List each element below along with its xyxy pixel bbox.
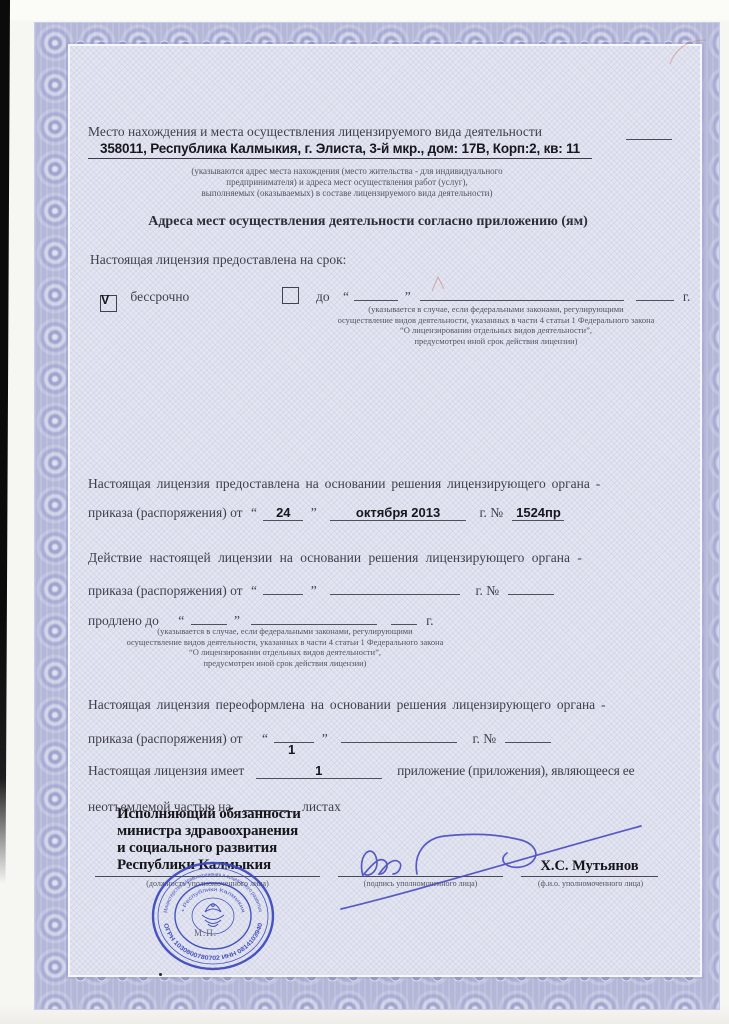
until-label: до <box>316 289 330 304</box>
term-note: (указывается в случае, если федеральными… <box>320 304 672 346</box>
location-row: Место нахождения и места осуществления л… <box>88 124 672 140</box>
term-note-line: осуществление видов деятельности, указан… <box>320 315 672 326</box>
reissued-order-row: приказа (распоряжения) от “ ” г. № <box>88 727 551 747</box>
granted-number-blank: 1524пр <box>512 505 564 521</box>
reissued-number-blank <box>505 727 551 743</box>
attachments-count-blank: 1 <box>256 763 382 779</box>
checkbox-check-mark: V <box>101 293 116 308</box>
order-prefix: приказа (распоряжения) от <box>88 731 243 746</box>
signature-letters <box>362 851 401 876</box>
ink-speck <box>159 973 162 976</box>
indefinite-checkbox: V <box>100 295 117 312</box>
granted-month-year-value: октября 2013 <box>330 505 466 520</box>
location-blank-line <box>626 125 672 140</box>
open-quote: “ <box>262 731 268 746</box>
address-value: 358011, Республика Калмыкия, г. Элиста, … <box>100 141 580 156</box>
kalmykia-emblem <box>202 904 224 927</box>
certificate-content: Место нахождения и места осуществления л… <box>0 0 729 1024</box>
granted-line1: Настоящая лицензия предоставлена на осно… <box>88 476 600 492</box>
address-note: (указываются адрес места нахождения (мес… <box>120 166 574 199</box>
handwritten-signature <box>333 812 653 922</box>
close-quote: ” <box>311 583 317 598</box>
validity-note-line: “О лицензировании отдельных видов деятел… <box>110 647 460 658</box>
granted-order-row: приказа (распоряжения) от “ 24 ” октября… <box>88 505 564 521</box>
red-pen-artifact <box>430 274 448 294</box>
stamp-outer-ring <box>153 863 273 969</box>
validity-note-line: осуществление видов деятельности, указан… <box>110 637 460 648</box>
location-label: Место нахождения и места осуществления л… <box>88 124 542 140</box>
seal-place-mark: М.П. <box>194 928 217 938</box>
order-prefix: приказа (распоряжения) от <box>88 583 243 598</box>
attachments-count-value: 1 <box>256 763 382 778</box>
addresses-heading: Адреса мест осуществления деятельности с… <box>88 214 648 230</box>
stray-digit: 1 <box>288 742 295 758</box>
prolonged-month-blank <box>251 609 377 625</box>
granted-month-blank: октября 2013 <box>330 505 466 521</box>
until-year-blank <box>636 285 674 301</box>
term-note-line: предусмотрен иной срок действия лицензии… <box>320 336 672 347</box>
address-value-row: 358011, Республика Калмыкия, г. Элиста, … <box>88 141 592 159</box>
open-quote: “ <box>251 505 257 520</box>
attachments-prefix: Настоящая лицензия имеет <box>88 763 244 778</box>
open-quote: “ <box>343 289 349 304</box>
validity-order-row: приказа (распоряжения) от “ ” г. № <box>88 579 554 599</box>
validity-note-line: (указывается в случае, если федеральными… <box>110 626 460 637</box>
reissued-number-label: г. № <box>472 731 496 746</box>
until-month-blank <box>420 285 624 301</box>
term-note-line: (указывается в случае, если федеральными… <box>320 304 672 315</box>
until-year-suffix: г. <box>683 289 690 304</box>
granted-day-blank: 24 <box>263 505 303 521</box>
reissued-day-blank <box>274 727 314 743</box>
until-day-blank <box>354 285 398 301</box>
close-quote: ” <box>311 505 317 520</box>
validity-note-line: предусмотрен иной срок действия лицензии… <box>110 658 460 669</box>
signer-position-line: Исполняющий обязанности <box>117 806 301 823</box>
signer-position-line: и социального развития <box>117 840 301 857</box>
granted-day-value: 24 <box>263 505 303 520</box>
attachments-suffix: приложение (приложения), являющееся ее <box>397 763 634 778</box>
granted-number-value: 1524пр <box>512 505 564 520</box>
validity-month-blank <box>330 579 460 595</box>
close-quote: ” <box>405 289 411 304</box>
term-label: Настоящая лицензия предоставлена на срок… <box>90 252 346 268</box>
prolonged-day-blank <box>191 609 227 625</box>
reissued-month-blank <box>341 727 457 743</box>
attachments-row: Настоящая лицензия имеет 1 приложение (п… <box>88 763 634 779</box>
prolonged-year-blank <box>391 609 417 625</box>
term-note-line: “О лицензировании отдельных видов деятел… <box>320 325 672 336</box>
granted-number-label: г. № <box>479 505 503 520</box>
address-note-line: (указываются адрес места нахождения (мес… <box>120 166 574 177</box>
address-note-line: предпринимателя) и адреса мест осуществл… <box>120 177 574 188</box>
order-prefix: приказа (распоряжения) от <box>88 505 243 520</box>
ministry-round-stamp: Министерство здравоохранения и социально… <box>150 860 276 972</box>
open-quote: “ <box>251 583 257 598</box>
validity-line1: Действие настоящей лицензии на основании… <box>88 550 582 566</box>
validity-day-blank <box>263 579 303 595</box>
address-note-line: выполняемых (оказываемых) в составе лице… <box>120 188 574 199</box>
until-checkbox <box>282 287 299 304</box>
reissued-line1: Настоящая лицензия переоформлена на осно… <box>88 697 606 713</box>
indefinite-label: бессрочно <box>130 289 189 304</box>
validity-note: (указывается в случае, если федеральными… <box>110 626 460 668</box>
scanned-license-back-page: Место нахождения и места осуществления л… <box>0 0 729 1024</box>
signature-loop <box>416 834 536 874</box>
validity-number-label: г. № <box>475 583 499 598</box>
validity-number-blank <box>508 579 554 595</box>
red-pen-artifact <box>668 36 712 68</box>
signer-position-line: министра здравоохранения <box>117 823 301 840</box>
close-quote: ” <box>322 731 328 746</box>
